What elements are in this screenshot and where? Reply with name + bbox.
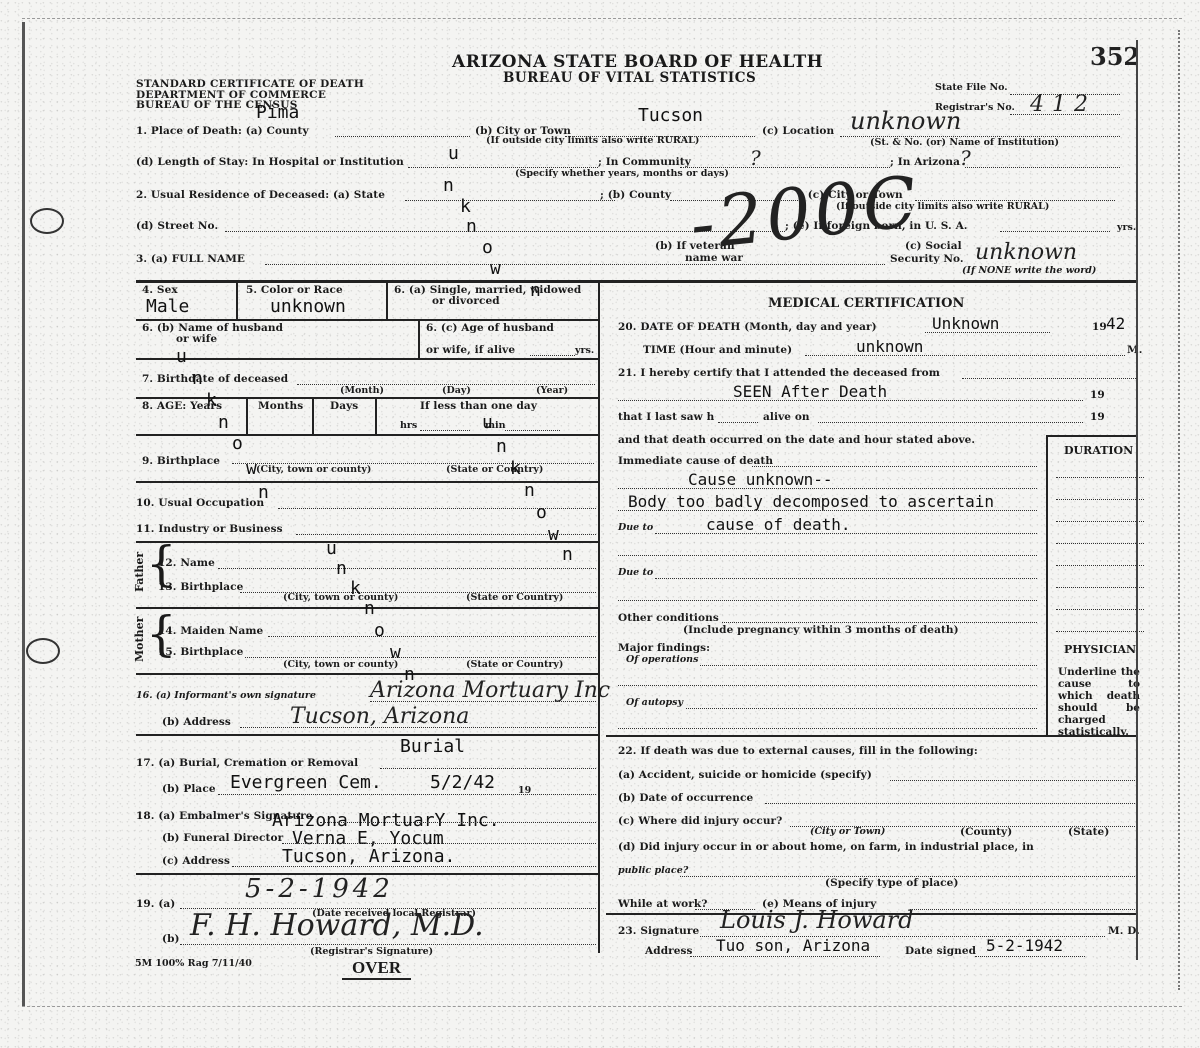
duration-line xyxy=(1056,499,1144,500)
time-value: unknown xyxy=(856,337,923,356)
punch-hole-icon xyxy=(30,208,64,234)
occupation-line xyxy=(278,508,596,509)
page-edge-bottom xyxy=(22,1006,1182,1008)
registrar-signature: F. H. Howard, M.D. xyxy=(190,908,484,943)
foreign-born-line xyxy=(1000,231,1110,232)
q7-month: (Month) xyxy=(340,385,384,396)
unknown-letter: k xyxy=(350,578,361,599)
page-edge-right xyxy=(1178,30,1182,990)
cause-line-3-value: cause of death. xyxy=(706,515,851,534)
means-line xyxy=(910,909,1135,910)
duration-line xyxy=(1056,521,1144,522)
section-divider xyxy=(136,280,1136,283)
stamp-number: 352 xyxy=(1090,42,1140,71)
q6c-label-2: or wife, if alive xyxy=(426,344,515,356)
unknown-letter: w xyxy=(490,258,501,279)
q13-label: 13. Birthplace xyxy=(158,581,243,593)
row-divider xyxy=(136,319,598,321)
cause-line-2-value: Body too badly decomposed to ascertain xyxy=(628,492,994,511)
q6a-label-2: or divorced xyxy=(432,295,500,307)
q1d-community-label: ; In Community xyxy=(598,156,691,168)
q4-label: 4. Sex xyxy=(142,284,178,296)
major-findings-label: Major findings: xyxy=(618,642,710,654)
q17b-label: (b) Place xyxy=(162,783,216,795)
cell-divider xyxy=(236,283,238,319)
county-value: Pima xyxy=(256,102,299,123)
q21-year: 19 xyxy=(1090,389,1105,401)
q22c-state: (State) xyxy=(1068,826,1109,838)
q6b-label-2: or wife xyxy=(176,333,217,345)
state-file-label: State File No. xyxy=(935,82,1008,93)
q8-days: Days xyxy=(330,400,358,412)
unknown-letter: w xyxy=(246,458,257,479)
document-title: ARIZONA STATE BOARD OF HEALTH xyxy=(452,52,823,72)
cell-divider xyxy=(418,320,420,358)
page-edge-top xyxy=(22,18,1182,20)
q11-label: 11. Industry or Business xyxy=(136,523,283,535)
duration-line xyxy=(1056,609,1144,610)
q22a-label: (a) Accident, suicide or homicide (speci… xyxy=(618,769,872,781)
sex-value: Male xyxy=(146,296,189,317)
q6c-label: 6. (c) Age of husband xyxy=(426,322,554,334)
q12-label: 12. Name xyxy=(158,557,215,569)
q22d-label-2: public place? xyxy=(618,865,688,876)
autopsy-extra-line xyxy=(618,728,1037,729)
time-suffix: M. xyxy=(1127,344,1142,356)
duration-line xyxy=(1056,543,1144,544)
race-value: unknown xyxy=(270,296,346,317)
location-value: unknown xyxy=(850,107,961,135)
embalmer-line xyxy=(320,822,596,823)
disposition-line xyxy=(380,768,596,769)
q17a-label: 17. (a) Burial, Cremation or Removal xyxy=(136,757,358,769)
physician-heading: PHYSICIAN xyxy=(1064,643,1136,656)
over-label: OVER xyxy=(342,958,411,980)
burial-place: Evergreen Cem. xyxy=(230,772,382,793)
q13-city: (City, town or county) xyxy=(283,592,398,603)
q1d-note: (Specify whether years, months or days) xyxy=(515,168,729,179)
mother-label: Mother xyxy=(133,617,146,662)
unknown-letter: w xyxy=(390,642,401,663)
q14-label: 14. Maiden Name xyxy=(158,625,263,637)
min-line xyxy=(505,430,560,431)
q5-label: 5. Color or Race xyxy=(246,284,343,296)
burial-place-line xyxy=(218,794,596,795)
form-right-border xyxy=(1136,40,1138,960)
q23-label: 23. Signature xyxy=(618,925,699,937)
header-left-line: STANDARD CERTIFICATE OF DEATH xyxy=(136,79,364,90)
column-divider xyxy=(598,283,600,953)
punch-hole-icon xyxy=(26,638,60,664)
physician-signature: Louis J. Howard xyxy=(720,906,914,934)
physician-address: Tuo son, Arizona xyxy=(716,936,870,955)
q22-label: 22. If death was due to external causes,… xyxy=(618,745,978,757)
header-left-line: BUREAU OF THE CENSUS xyxy=(136,100,364,111)
last-saw-label: that I last saw h xyxy=(618,411,714,423)
row-divider xyxy=(606,735,1136,737)
date-signed-line xyxy=(975,956,1085,957)
q6c-unit: yrs. xyxy=(575,345,594,356)
q9-city: (City, town or county) xyxy=(256,464,371,475)
q10-label: 10. Usual Occupation xyxy=(136,497,264,509)
q13-state: (State or Country) xyxy=(466,592,563,603)
physician-address-line xyxy=(690,956,880,957)
maiden-name-line xyxy=(268,636,596,637)
q15-label: 15. Birthplace xyxy=(158,646,243,658)
unknown-letter: n xyxy=(258,482,269,503)
q15-city: (City, town or county) xyxy=(283,659,398,670)
due-to-extra-line xyxy=(618,600,1037,601)
q22b-label: (b) Date of occurrence xyxy=(618,792,753,804)
burial-date: 5/2/42 xyxy=(430,772,495,793)
row-divider xyxy=(136,673,598,675)
unknown-letter: n xyxy=(562,544,573,565)
cell-divider xyxy=(386,283,388,319)
q7-label: 7. Birthdate of deceased xyxy=(142,373,288,385)
q3c-note: (If NONE write the word) xyxy=(962,265,1096,276)
unknown-letter: w xyxy=(548,524,559,545)
other-conditions-label: Other conditions xyxy=(618,612,719,624)
row-divider xyxy=(136,734,598,736)
attended-value: SEEN After Death xyxy=(733,382,887,401)
unknown-letter: n xyxy=(192,368,203,389)
occurrence-date-line xyxy=(765,803,1135,804)
q18c-label: (c) Address xyxy=(162,855,230,867)
cause-line-1-value: Cause unknown-- xyxy=(688,470,833,489)
disposition-value: Burial xyxy=(400,736,465,757)
due-to-label-2: Due to xyxy=(618,567,653,578)
alive-on-line xyxy=(818,422,1083,423)
full-name-line xyxy=(265,264,885,265)
accident-line xyxy=(890,780,1135,781)
unknown-letter: o xyxy=(482,237,493,258)
q19a-label: 19. (a) xyxy=(136,898,175,910)
of-operations-label: Of operations xyxy=(626,654,698,665)
death-year: 42 xyxy=(1106,314,1125,333)
q22c-city: (City or Town) xyxy=(810,826,885,837)
unknown-letter: n xyxy=(466,216,477,237)
other-conditions-line xyxy=(722,622,1037,623)
unknown-letter: u xyxy=(326,538,337,559)
q9-label: 9. Birthplace xyxy=(142,455,220,467)
form-code: 5M 100% Rag 7/11/40 xyxy=(135,958,252,969)
unknown-letter: n xyxy=(496,436,507,457)
unknown-letter: u xyxy=(482,412,493,433)
duration-heading: DURATION xyxy=(1064,444,1133,457)
spouse-age-line xyxy=(530,355,575,356)
mother-birthplace-line xyxy=(245,657,596,658)
q22d-label: (d) Did injury occur in or about home, o… xyxy=(618,841,1034,853)
informant-signature: Arizona Mortuary Inc xyxy=(370,678,610,703)
unknown-letter: k xyxy=(510,458,521,479)
arizona-stay-value: ? xyxy=(960,146,971,170)
state-line xyxy=(405,200,615,201)
funeral-address: Tucson, Arizona. xyxy=(282,846,455,867)
cell-divider xyxy=(246,398,248,434)
q2b-label: ; (b) County xyxy=(600,189,671,201)
city-line xyxy=(565,136,755,137)
unknown-letter: n xyxy=(443,175,454,196)
q15-state: (State or Country) xyxy=(466,659,563,670)
immediate-cause-line xyxy=(752,466,1037,467)
other-conditions-note: (Include pregnancy within 3 months of de… xyxy=(683,624,959,636)
duration-line xyxy=(1056,477,1144,478)
informant-address: Tucson, Arizona xyxy=(290,704,469,729)
q22d-note: (Specify type of place) xyxy=(825,877,959,889)
unknown-letter: o xyxy=(374,620,385,641)
date-signed: 5-2-1942 xyxy=(986,936,1063,955)
due-to-extra-line xyxy=(618,555,1037,556)
unknown-letter: o xyxy=(536,502,547,523)
q22c-label: (c) Where did injury occur? xyxy=(618,815,782,827)
unknown-letter: n xyxy=(218,412,229,433)
page-edge-left xyxy=(22,22,25,1007)
unknown-letter: k xyxy=(206,390,217,411)
of-autopsy-label: Of autopsy xyxy=(626,697,683,708)
date-signed-label: Date signed xyxy=(905,945,976,957)
year-prefix: 19 xyxy=(1092,321,1107,333)
unknown-letter: u xyxy=(176,346,187,367)
physician-note: Underline the cause to which death shoul… xyxy=(1058,666,1140,738)
document-subtitle: BUREAU OF VITAL STATISTICS xyxy=(503,70,756,86)
attended-from-line xyxy=(962,378,1138,379)
q1c-label: (c) Location xyxy=(762,125,834,137)
arizona-stay-line xyxy=(965,167,1120,168)
registrar-number: 412 xyxy=(1030,92,1096,117)
unknown-letter: n xyxy=(530,280,541,301)
q2d-label: (d) Street No. xyxy=(136,220,218,232)
alive-on-label: alive on xyxy=(763,411,810,423)
cell-divider xyxy=(375,398,377,434)
county-line xyxy=(335,136,470,137)
funeral-director-line xyxy=(282,843,596,844)
duration-line xyxy=(1056,565,1144,566)
q8-less: If less than one day xyxy=(420,400,537,412)
unknown-letter: k xyxy=(460,196,471,217)
duration-box-left xyxy=(1046,435,1048,735)
father-name-line xyxy=(218,568,596,569)
ssn-value: unknown xyxy=(975,240,1077,265)
operations-extra-line xyxy=(618,685,1037,686)
unknown-letter: n xyxy=(336,558,347,579)
q16a-label: 16. (a) Informant's own signature xyxy=(136,690,316,701)
unknown-letter: u xyxy=(448,143,459,164)
q1d-label: (d) Length of Stay: In Hospital or Insti… xyxy=(136,156,404,168)
q21-label: 21. I hereby certify that I attended the… xyxy=(618,367,940,379)
immediate-cause-label: Immediate cause of death xyxy=(618,455,773,467)
q1-label: 1. Place of Death: (a) County xyxy=(136,125,309,137)
unknown-letter: n xyxy=(364,598,375,619)
father-label: Father xyxy=(133,552,146,592)
q19b-note: (Registrar's Signature) xyxy=(310,946,433,957)
q7-year: (Year) xyxy=(536,385,568,396)
unknown-letter: o xyxy=(232,433,243,454)
date-of-death: Unknown xyxy=(932,314,999,333)
duration-line xyxy=(1056,631,1144,632)
q8-hrs: hrs xyxy=(400,420,417,431)
community-stay-value: ? xyxy=(750,146,761,170)
hrs-line xyxy=(420,430,470,431)
city-value: Tucson xyxy=(638,105,703,126)
q18b-label: (b) Funeral Director xyxy=(162,832,283,844)
row-divider xyxy=(136,434,598,436)
due-to-label-1: Due to xyxy=(618,522,653,533)
due-to-line-2 xyxy=(655,578,1037,579)
q22c-county: (County) xyxy=(960,826,1012,838)
duration-box-top xyxy=(1046,435,1136,437)
q2e-unit: yrs. xyxy=(1117,222,1136,233)
address-label: Address xyxy=(645,945,693,957)
q3c-label-2: Security No. xyxy=(890,253,964,265)
q3-label: 3. (a) FULL NAME xyxy=(136,253,245,265)
unknown-letter: n xyxy=(524,480,535,501)
date-received: 5-2-1942 xyxy=(245,874,394,904)
burial-year-suffix: 19 xyxy=(518,785,531,796)
q16b-label: (b) Address xyxy=(162,716,231,728)
funeral-address-line xyxy=(232,866,596,867)
autopsy-line xyxy=(686,708,1037,709)
last-saw-year: 19 xyxy=(1090,411,1105,423)
last-saw-line xyxy=(718,422,758,423)
q19b-label: (b) xyxy=(162,933,180,945)
q7-day: (Day) xyxy=(442,385,471,396)
operations-line xyxy=(700,665,1037,666)
cell-divider xyxy=(312,398,314,434)
q2-label: 2. Usual Residence of Deceased: (a) Stat… xyxy=(136,189,385,201)
time-line xyxy=(805,355,1125,356)
q9-state: (State or Country) xyxy=(446,464,543,475)
medical-heading: MEDICAL CERTIFICATION xyxy=(768,296,964,311)
duration-line xyxy=(1056,587,1144,588)
row-divider xyxy=(136,541,598,543)
q8-months: Months xyxy=(258,400,303,412)
q20-label: 20. DATE OF DEATH (Month, day and year) xyxy=(618,321,877,333)
death-stated: and that death occurred on the date and … xyxy=(618,434,975,446)
time-label: TIME (Hour and minute) xyxy=(643,344,792,356)
header-left: STANDARD CERTIFICATE OF DEATH DEPARTMENT… xyxy=(136,79,364,111)
registrar-signature-line xyxy=(180,944,596,945)
row-divider xyxy=(136,358,598,360)
